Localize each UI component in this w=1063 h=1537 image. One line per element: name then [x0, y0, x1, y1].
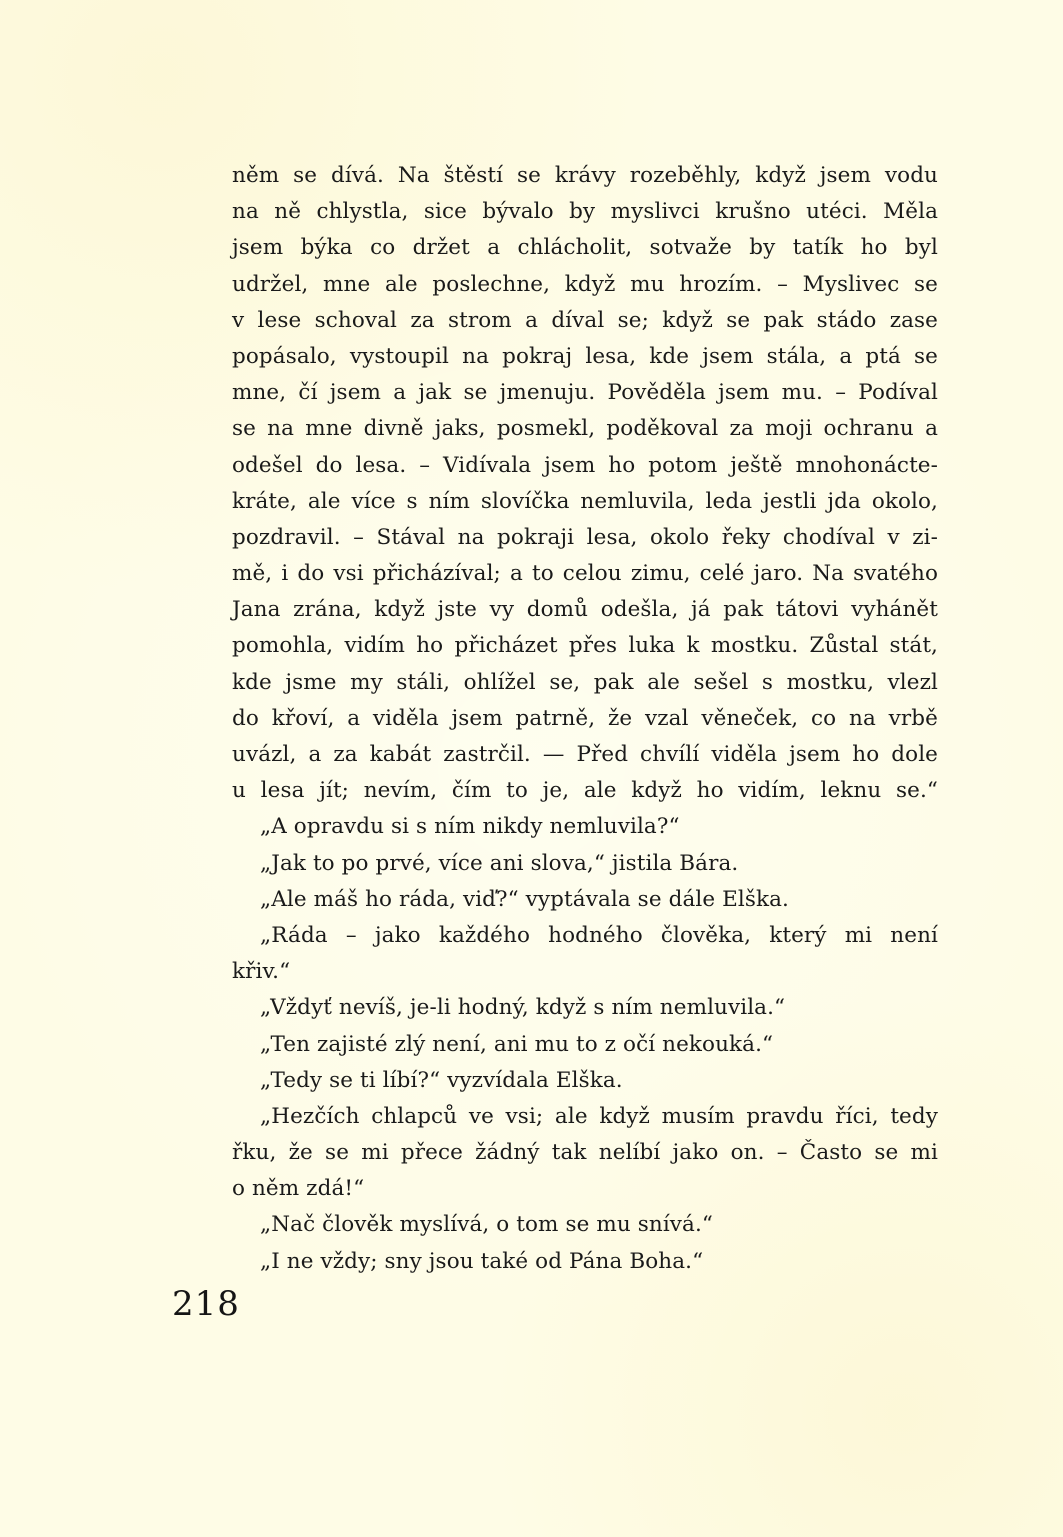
book-page: něm se dívá. Na štěstí se krávy rozeběhl… — [0, 0, 1063, 1537]
page-number: 218 — [172, 1284, 240, 1324]
text-line: „I ne vždy; sny jsou také od Pána Boha.“ — [232, 1244, 938, 1280]
text-line: mne, čí jsem a jak se jmenuju. Pověděla … — [232, 375, 938, 411]
text-line: kráte, ale více s ním slovíčka nemluvila… — [232, 484, 938, 520]
text-line: křiv.“ — [232, 954, 938, 990]
text-line: řku, že se mi přece žádný tak nelíbí jak… — [232, 1135, 938, 1171]
text-line: „A opravdu si s ním nikdy nemluvila?“ — [232, 809, 938, 845]
text-line: uvázl, a za kabát zastrčil. — Před chvíl… — [232, 737, 938, 773]
text-line: u lesa jít; nevím, čím to je, ale když h… — [232, 773, 938, 809]
text-line: „Ten zajisté zlý není, ani mu to z očí n… — [232, 1027, 938, 1063]
text-line: na ně chlystla, sice bývalo by myslivci … — [232, 194, 938, 230]
text-line: Jana zrána, když jste vy domů odešla, já… — [232, 592, 938, 628]
text-line: pozdravil. – Stával na pokraji lesa, oko… — [232, 520, 938, 556]
text-line: pomohla, vidím ho přicházet přes luka k … — [232, 628, 938, 664]
text-line: „Ale máš ho ráda, viď?“ vyptávala se dál… — [232, 882, 938, 918]
text-line: v lese schoval za strom a díval se; když… — [232, 303, 938, 339]
text-line: něm se dívá. Na štěstí se krávy rozeběhl… — [232, 158, 938, 194]
text-line: „Ráda – jako každého hodného člověka, kt… — [232, 918, 938, 954]
text-line: „Vždyť nevíš, je-li hodný, když s ním ne… — [232, 990, 938, 1026]
text-line: o něm zdá!“ — [232, 1171, 938, 1207]
text-line: „Jak to po prvé, více ani slova,“ jistil… — [232, 846, 938, 882]
text-line: „Nač člověk myslívá, o tom se mu snívá.“ — [232, 1207, 938, 1243]
text-line: kde jsme my stáli, ohlížel se, pak ale s… — [232, 665, 938, 701]
text-line: jsem býka co držet a chlácholit, sotvaže… — [232, 230, 938, 266]
text-line: se na mne divně jaks, posmekl, poděkoval… — [232, 411, 938, 447]
text-line: udržel, mne ale poslechne, když mu hrozí… — [232, 267, 938, 303]
text-line: „Tedy se ti líbí?“ vyzvídala Elška. — [232, 1063, 938, 1099]
text-line: do křoví, a viděla jsem patrně, že vzal … — [232, 701, 938, 737]
text-line: popásalo, vystoupil na pokraj lesa, kde … — [232, 339, 938, 375]
body-text: něm se dívá. Na štěstí se krávy rozeběhl… — [232, 158, 938, 1280]
text-line: „Hezčích chlapců ve vsi; ale když musím … — [232, 1099, 938, 1135]
text-line: odešel do lesa. – Vidívala jsem ho potom… — [232, 448, 938, 484]
text-line: mě, i do vsi přicházíval; a to celou zim… — [232, 556, 938, 592]
